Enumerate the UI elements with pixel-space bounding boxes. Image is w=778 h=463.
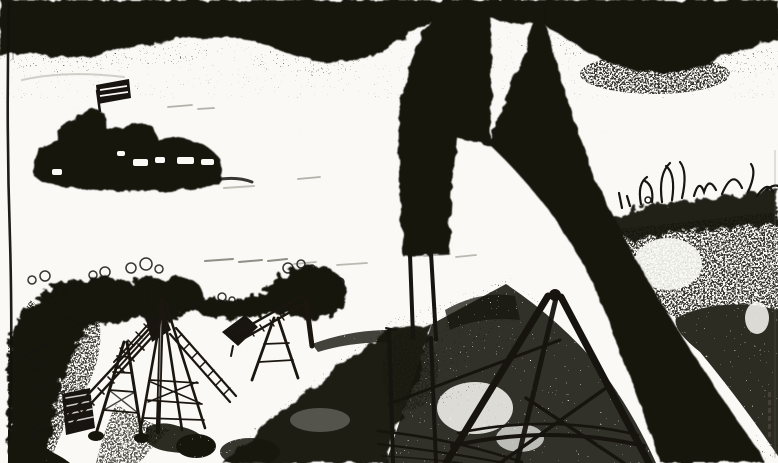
illustration-canvas [0, 0, 778, 463]
oilfield-drawing [0, 0, 778, 463]
